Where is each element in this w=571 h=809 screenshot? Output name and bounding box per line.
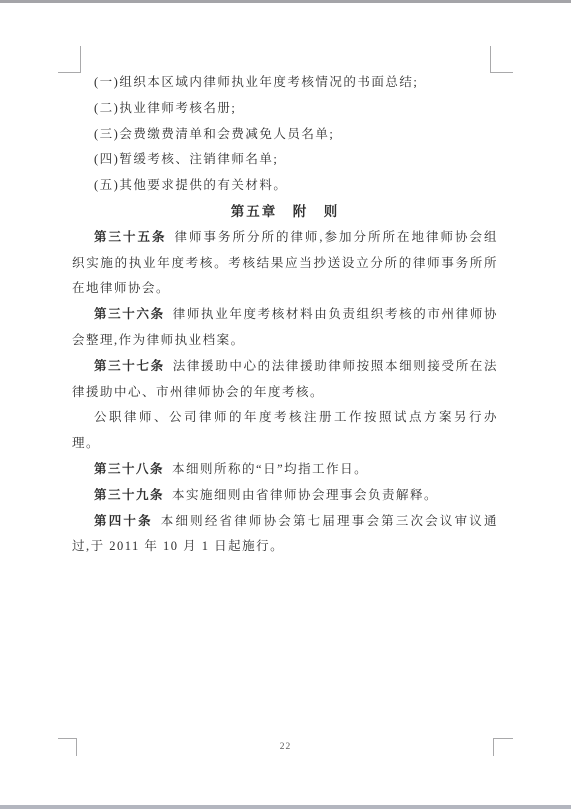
- article-text: 本实施细则由省律师协会理事会负责解释。: [172, 488, 438, 502]
- article-number: 第三十八条: [94, 462, 164, 476]
- page-number: 22: [0, 742, 571, 752]
- article-number: 第三十九条: [94, 488, 164, 502]
- article-paragraph: 第四十条本细则经省律师协会第七届理事会第三次会议审议通过,于 2011 年 10…: [72, 509, 498, 561]
- page-top-edge: [0, 0, 571, 3]
- chapter-heading: 第五章 附 则: [72, 199, 498, 225]
- article-number: 第四十条: [94, 514, 153, 528]
- article-paragraph: 第三十七条法律援助中心的法律援助律师按照本细则接受所在法律援助中心、市州律师协会…: [72, 354, 498, 406]
- document-body: (一)组织本区域内律师执业年度考核情况的书面总结; (二)执业律师考核名册; (…: [72, 70, 498, 560]
- list-item: (一)组织本区域内律师执业年度考核情况的书面总结;: [72, 70, 498, 96]
- margin-crop-mark-top-left: [58, 46, 81, 73]
- list-item: (二)执业律师考核名册;: [72, 96, 498, 122]
- article-text: 本细则所称的“日”均指工作日。: [172, 462, 368, 476]
- article-number: 第三十五条: [94, 230, 166, 244]
- list-item: (四)暂缓考核、注销律师名单;: [72, 147, 498, 173]
- margin-crop-mark-top-right: [490, 46, 513, 73]
- article-paragraph: 第三十八条本细则所称的“日”均指工作日。: [72, 457, 498, 483]
- article-paragraph: 第三十六条律师执业年度考核材料由负责组织考核的市州律师协会整理,作为律师执业档案…: [72, 302, 498, 354]
- list-item: (五)其他要求提供的有关材料。: [72, 173, 498, 199]
- article-paragraph: 公职律师、公司律师的年度考核注册工作按照试点方案另行办理。: [72, 405, 498, 457]
- article-number: 第三十六条: [94, 307, 165, 321]
- page-bottom-edge: [0, 805, 571, 809]
- list-item: (三)会费缴费清单和会费减免人员名单;: [72, 122, 498, 148]
- article-paragraph: 第三十九条本实施细则由省律师协会理事会负责解释。: [72, 483, 498, 509]
- article-paragraph: 第三十五条律师事务所分所的律师,参加分所所在地律师协会组织实施的执业年度考核。考…: [72, 225, 498, 302]
- article-number: 第三十七条: [94, 359, 165, 373]
- article-text: 公职律师、公司律师的年度考核注册工作按照试点方案另行办理。: [72, 410, 498, 450]
